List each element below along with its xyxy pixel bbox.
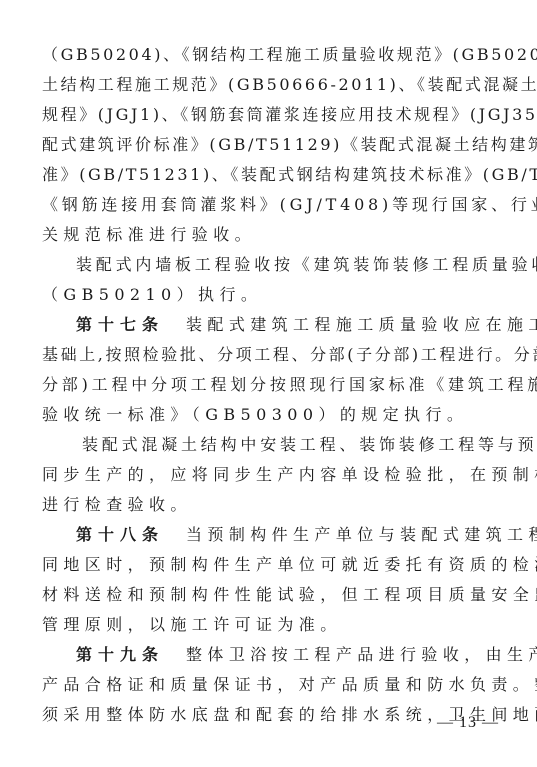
text-line: 土结构工程施工规范》(GB50666-2011)、《装配式混凝土结构技术 — [42, 70, 510, 100]
text-line: 产品合格证和质量保证书，对产品质量和防水负责。整体卫浴必 — [42, 670, 510, 700]
text-line: （GB50210）执行。 — [42, 280, 510, 310]
text-line: 基础上,按照检验批、分项工程、分部(子分部)工程进行。分部(子 — [42, 340, 510, 370]
article-18-text: 当预制构件生产单位与装配式建筑工程项目在不 — [186, 525, 537, 544]
text-line: 分部)工程中分项工程划分按照现行国家标准《建筑工程施工质量 — [42, 370, 510, 400]
text-line: 材料送检和预制构件性能试验，但工程项目质量安全监督按属地 — [42, 580, 510, 610]
article-17-start: 第十七条装配式建筑工程施工质量验收应在施工单位自检 — [42, 310, 510, 340]
article-heading-18: 第十八条 — [76, 525, 164, 544]
text-line: 验收统一标准》（GB50300）的规定执行。 — [42, 400, 510, 430]
article-19-text: 整体卫浴按工程产品进行验收，由生产厂家出具 — [186, 645, 537, 664]
text-line: 配式建筑评价标准》(GB/T51129)《装配式混凝土结构建筑技术标 — [42, 130, 510, 160]
document-page: （GB50204)、《钢结构工程施工质量验收规范》(GB50205)、《混凝 土… — [42, 40, 510, 730]
article-heading-19: 第十九条 — [76, 645, 164, 664]
text-line: 同地区时，预制构件生产单位可就近委托有资质的检测单位进行 — [42, 550, 510, 580]
paragraph-start: 装配式内墙板工程验收按《建筑装饰装修工程质量验收规范》 — [42, 250, 510, 280]
text-line: （GB50204)、《钢结构工程施工质量验收规范》(GB50205)、《混凝 — [42, 40, 510, 70]
text-line: 准》(GB/T51231)、《装配式钢结构建筑技术标准》(GB/T51232)、 — [42, 160, 510, 190]
text-line: 规程》(JGJ1)、《钢筋套筒灌浆连接应用技术规程》(JGJ355)、《装 — [42, 100, 510, 130]
text-line: 进行检查验收。 — [42, 490, 510, 520]
paragraph-start: 装配式混凝土结构中安装工程、装饰装修工程等与预制构件 — [42, 430, 510, 460]
article-18-start: 第十八条当预制构件生产单位与装配式建筑工程项目在不 — [42, 520, 510, 550]
article-heading-17: 第十七条 — [76, 315, 164, 334]
text-line: 《钢筋连接用套筒灌浆料》(GJ/T408)等现行国家、行业、地方相 — [42, 190, 510, 220]
page-number: — 13 — — [437, 714, 499, 732]
text-line: 管理原则，以施工许可证为准。 — [42, 610, 510, 640]
text-line: 同步生产的，应将同步生产内容单设检验批，在预制构件验收前 — [42, 460, 510, 490]
article-17-text: 装配式建筑工程施工质量验收应在施工单位自检 — [186, 315, 537, 334]
text-line: 关规范标准进行验收。 — [42, 220, 510, 250]
article-19-start: 第十九条整体卫浴按工程产品进行验收，由生产厂家出具 — [42, 640, 510, 670]
